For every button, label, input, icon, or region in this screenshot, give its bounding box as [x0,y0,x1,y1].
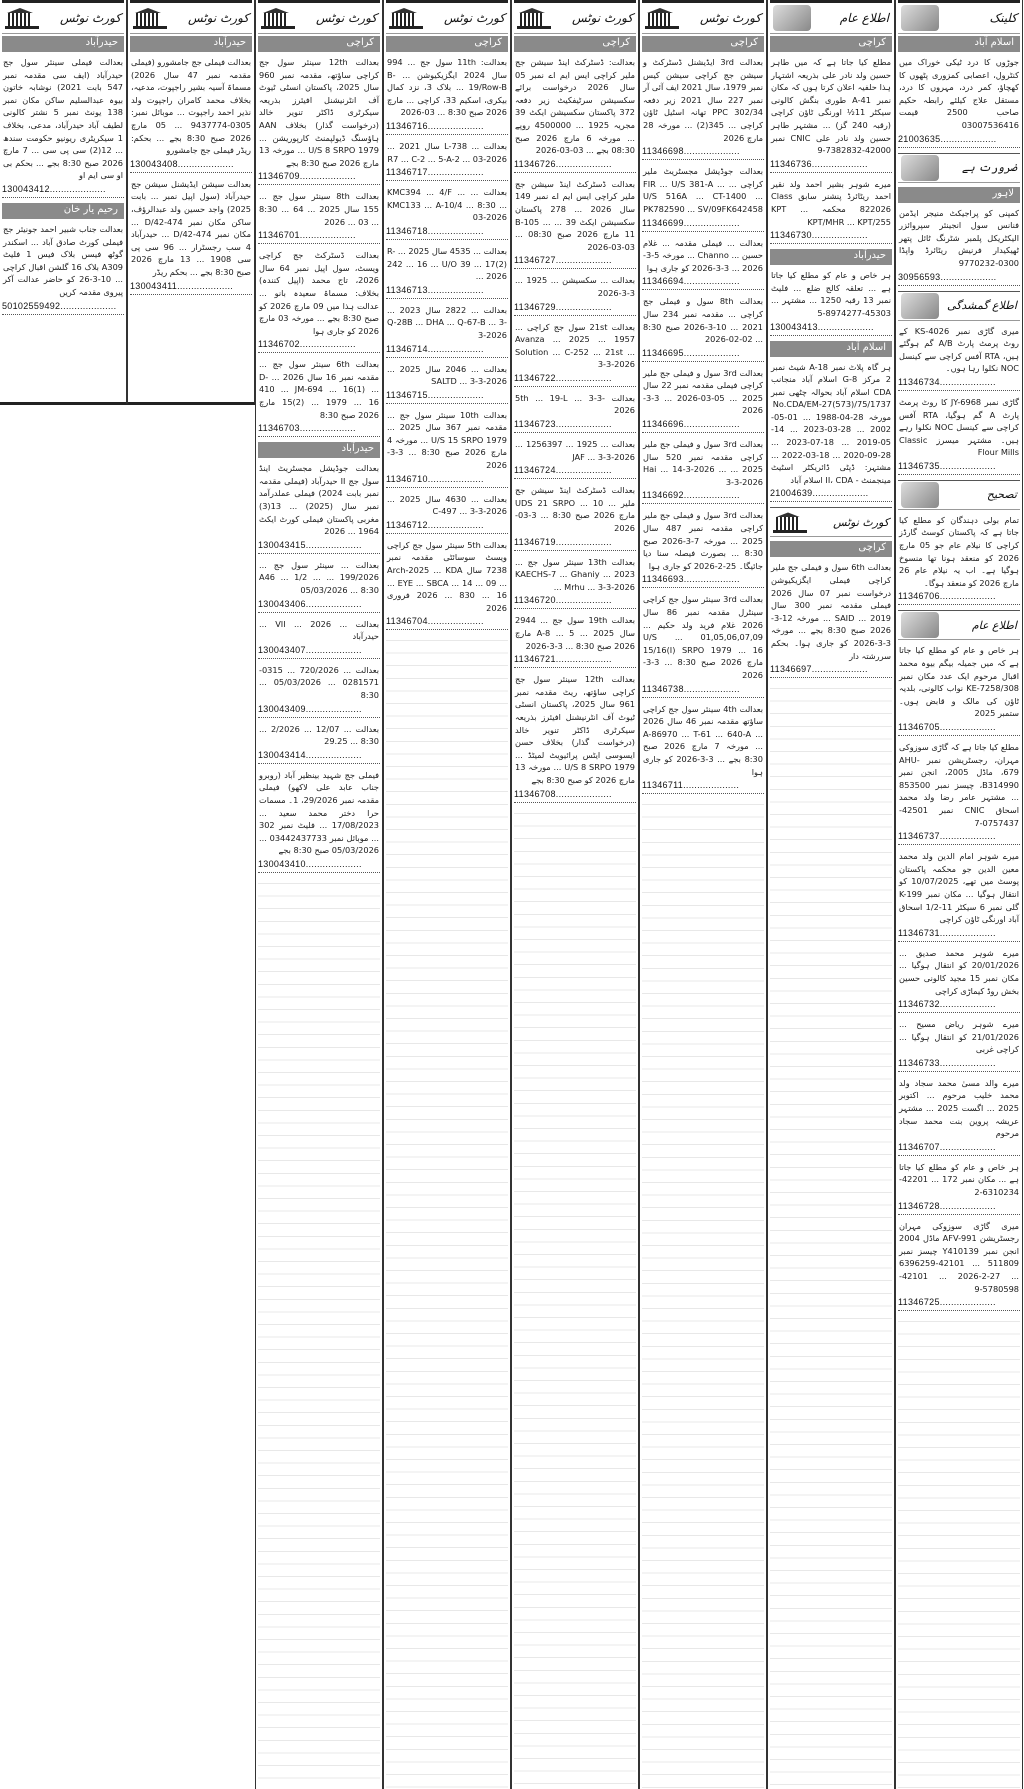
notice-text: بعدالت 5th سینئر سول جج کراچی ویسٹ سوسائ… [386,537,508,615]
city-header-bar: کراچی [770,541,892,557]
ad-reference-number: 11346713.................... [386,283,508,299]
ad-reference-number: 11346722.................... [514,371,636,387]
notice-text: بعدالت ... 12/07 ... 2/2026 ... 8:30 ...… [258,721,380,748]
classified-column: کورٹ نوٹسحیدرآبادبعدالت فیملی سینئر سول … [0,0,127,405]
courthouse-icon [261,6,295,30]
ad-reference-number: 11346738.................... [642,682,764,698]
notice-text: بعدالت ... 2046 سال 2025 ... SALTD ... 3… [386,361,508,388]
notice-text: بعدالت جوڈیشل مجسٹریٹ اینڈ سول جج II حید… [258,460,380,538]
classified-column: کورٹ نوٹسکراچیبعدالت: ڈسٹرکٹ اینڈ سیشن ج… [511,0,639,1789]
section-subheading: تصحیح [898,480,1020,510]
notice-text: ہر گاہ پلاٹ نمبر A-18 شیٹ نمبر 2 مرکز G-… [770,359,892,487]
notice-text: بعدالت ... L-738 سال 2021 ... R7 ... C-2… [386,138,508,165]
notice-text: میرے شوہر بشیر احمد ولد نقیر احمد ریٹائر… [770,176,892,228]
ad-reference-number: 11346709.................... [258,169,380,185]
column-heading: کلینک [989,11,1017,25]
ad-reference-number: 130043415.................... [258,538,380,554]
ad-reference-number: 11346723.................... [514,417,636,433]
ad-reference-number: 11346731.................... [898,926,1020,942]
city-header-bar: لاہور [898,187,1020,203]
text-continuation [514,806,636,1789]
notice-text: میرے شوہر امام الدین ولد محمد معین الدین… [898,848,1020,926]
notice-text: بعدالت 3rd سول و فیملی جج ملیر کراچی فیم… [642,365,764,417]
notice-text: جوڑوں کا درد ٹیکی خوراک میں کنٹرول، اعصا… [898,54,1020,132]
ad-reference-number: 21004639.................... [770,486,892,502]
column-masthead: اطلاع عام [770,0,892,34]
column-wrapper: کورٹ نوٹسکراچیبعدالت: ڈسٹرکٹ اینڈ سیشن ج… [511,0,639,1789]
column-wrapper: کورٹ نوٹسکراچیبعدالت 3rd ایڈیشنل ڈسٹرکٹ … [639,0,767,1789]
megaphone-icon [901,293,939,319]
city-header-bar: حیدرآباد [130,36,252,52]
column-wrapper: کورٹ نوٹسحیدرآبادبعدالت فیملی سینئر سول … [0,0,127,1789]
classified-column: کورٹ نوٹسکراچیبعدالت 3rd ایڈیشنل ڈسٹرکٹ … [639,0,767,1789]
text-continuation [642,797,764,1789]
notice-text: مطلع کیا جاتا ہے کہ گاڑی سوزوکی مہران، ر… [898,739,1020,829]
column-heading: کورٹ نوٹس [60,11,121,25]
column-masthead: کورٹ نوٹس [130,0,252,34]
notice-text: میری گاڑی سوزوکی مہران رجسٹریشن AFV-991 … [898,1218,1020,1296]
classifieds-page: کلینکاسلام آبادجوڑوں کا درد ٹیکی خوراک م… [0,0,1024,1789]
ad-reference-number: 130043414.................... [258,748,380,764]
classified-column: کورٹ نوٹسکراچیبعدالت 12th سینئر سول جج ک… [255,0,383,1789]
city-header-bar: کراچی [386,36,508,52]
subheading-title: ضرورت ہے [962,161,1017,174]
notice-text: بعدالت ... KMC394 ... 4/F ... KMC133 ...… [386,184,508,224]
ad-reference-number: 11346705.................... [898,720,1020,736]
text-continuation [898,1314,1020,1789]
pen-icon [901,482,939,508]
notice-text: مطلع کیا جاتا ہے کہ میں طاہر حسین ولد نا… [770,54,892,157]
column-masthead: کورٹ نوٹس [2,0,124,34]
notice-text: بعدالت ... فیملی مقدمہ ... غلام حسین ...… [642,235,764,275]
column-wrapper: کورٹ نوٹسحیدرآبادبعدالت فیملی جج جامشورو… [127,0,255,1789]
notice-text: بعدالت ... سینئر سول جج ... 199/2026 ...… [258,557,380,597]
notice-text: بعدالت 12th سینئر سول جج کراچی ساؤتھ، ری… [514,671,636,786]
column-wrapper: کورٹ نوٹسکراچیبعدالت 12th سینئر سول جج ک… [255,0,383,1789]
subheading-title: کورٹ نوٹس [833,516,889,529]
ad-reference-number: 11346706.................... [898,589,1020,605]
ad-reference-number: 130043409.................... [258,702,380,718]
city-header-bar: کراچی [770,36,892,52]
courthouse-icon [773,510,807,534]
ad-reference-number: 11346727.................... [514,253,636,269]
notice-text: گاڑی نمبر JY-6968 کا روٹ پرمٹ پارٹ A گم … [898,394,1020,459]
column-masthead: کورٹ نوٹس [386,0,508,34]
ad-reference-number: 11346733.................... [898,1056,1020,1072]
notice-text: بعدالت 3rd ایڈیشنل ڈسٹرکٹ و سیشن جج کراچ… [642,54,764,144]
classified-column: کورٹ نوٹسکراچیبعدالت: 11th سول جج ... 99… [383,0,511,1789]
column-masthead: کلینک [898,0,1020,34]
ad-reference-number: 11346724.................... [514,463,636,479]
city-header-bar: حیدرآباد [770,249,892,265]
notice-text: بعدالت جوڈیشل مجسٹریٹ ملیر کراچی ... FIR… [642,163,764,215]
ad-reference-number: 11346725.................... [898,1295,1020,1311]
notice-text: فیملی جج شہید بینظیر آباد (روبرو جناب عا… [258,767,380,857]
ad-reference-number: 11346717.................... [386,165,508,181]
notice-text: میری گاڑی نمبر KS-4026 کے روٹ پرمٹ پارٹ … [898,323,1020,375]
notice-text: بعدالت 10th سینئر سول جج ... مقدمہ نمبر … [386,407,508,472]
notice-text: بعدالت 8th سول و فیملی جج کراچی ... مقدم… [642,293,764,345]
ad-reference-number: 11346720.................... [514,593,636,609]
notice-text: بعدالت 6th سینئر سول جج ... مقدمہ نمبر 1… [258,356,380,421]
notice-text: بعدالت 13th سینئر سول جج ... 2023 ... KA… [514,554,636,594]
ad-reference-number: 11346721.................... [514,652,636,668]
ad-reference-number: 11346737.................... [898,829,1020,845]
ad-reference-number: 11346729.................... [514,300,636,316]
column-masthead: کورٹ نوٹس [642,0,764,34]
courthouse-icon [389,6,423,30]
notice-text: بعدالت 8th سینئر سول جج ... 155 سال 2025… [258,188,380,228]
ad-reference-number: 11346728.................... [898,1199,1020,1215]
ad-reference-number: 11346710.................... [386,472,508,488]
city-header-bar: کراچی [514,36,636,52]
ad-reference-number: 11346704.................... [386,614,508,630]
notice-text: بعدالت سیشن ایڈیشنل سیشن جج حیدرآباد (سو… [130,176,252,279]
notice-text: بعدالت 19th سول جج ... 2944 سال 2025 ...… [514,612,636,652]
city-header-bar: رحیم یار خان [2,203,124,219]
ad-reference-number: 11346695.................... [642,346,764,362]
column-wrapper: کلینکاسلام آبادجوڑوں کا درد ٹیکی خوراک م… [895,0,1023,1789]
ad-reference-number: 11346718.................... [386,224,508,240]
column-heading: کورٹ نوٹس [572,11,633,25]
courthouse-icon [5,6,39,30]
ad-reference-number: 11346735.................... [898,459,1020,475]
column-heading: کورٹ نوٹس [188,11,249,25]
text-continuation [258,876,380,1789]
city-header-bar: حیدرآباد [258,442,380,458]
ad-reference-number: 11346697.................... [770,662,892,678]
subheading-title: تصحیح [987,488,1017,501]
city-header-bar: کراچی [258,36,380,52]
ad-reference-number: 11346714.................... [386,342,508,358]
ad-reference-number: 11346694.................... [642,274,764,290]
ad-reference-number: 30956593.................... [898,270,1020,286]
notice-text: ہر خاص و عام کو مطلع کیا جاتا ہے کہ میں … [898,642,1020,720]
notice-text: کمپنی کو پراجیکٹ منیجر ایڈمن فنانس سول ا… [898,205,1020,270]
notice-text: بعدالت 3rd سول و فیملی جج ملیر کراچی مقد… [642,436,764,488]
notice-text: بعدالت ... 2026 ... VII ... حیدرآباد [258,616,380,643]
notice-text: بعدالت 6th سول و فیملی جج ملیر کراچی فیم… [770,559,892,662]
notice-text: بعدالت 3rd سینئر سول جج کراچی سینٹرل مقد… [642,591,764,681]
notice-text: بعدالت ... سکسیشن ... 1925 ... 3-3-2026 [514,272,636,299]
ad-reference-number: 11346698.................... [642,144,764,160]
classified-column: اطلاع عامکراچیمطلع کیا جاتا ہے کہ میں طا… [767,0,895,1789]
notice-text: بعدالت ... 720/2026 ... 0315-0281571 ...… [258,662,380,702]
notice-text: بعدالت 4th سینئر سول جج کراچی ساؤتھ مقدم… [642,701,764,779]
notice-text: بعدالت ڈسٹرکٹ اینڈ سیشن جج ملیر کراچی ای… [514,176,636,254]
classified-column: کورٹ نوٹسحیدرآبادبعدالت فیملی جج جامشورو… [127,0,255,405]
notice-text: بعدالت ... 4630 سال 2025 ... C-497 ... 3… [386,491,508,518]
column-masthead: کورٹ نوٹس [514,0,636,34]
ad-reference-number: 11346734.................... [898,375,1020,391]
ad-reference-number: 11346692.................... [642,488,764,504]
notice-text: بعدالت ڈسٹرکٹ جج کراچی ویسٹ، سول اپیل نم… [258,247,380,337]
ad-reference-number: 130043408.................... [130,157,252,173]
notice-text: بعدالت ڈسٹرکٹ اینڈ سیشن جج ملیر ... UDS … [514,482,636,534]
notice-text: بعدالت جناب شبیر احمد جونیئر جج فیملی کو… [2,221,124,299]
notice-text: میرے شوہر ریاض مسیح ... 21/01/2026 کو ان… [898,1016,1020,1056]
notice-text: بعدالت ... 2822 سال 2023 ... Q-28B ... D… [386,302,508,342]
column-heading: کورٹ نوٹس [316,11,377,25]
classified-column: کلینکاسلام آبادجوڑوں کا درد ٹیکی خوراک م… [895,0,1023,1789]
notice-text: بعدالت: 11th سول جج ... 994 سال 2024 ایگ… [386,54,508,119]
ad-reference-number: 11346715.................... [386,388,508,404]
column-heading: کورٹ نوٹس [444,11,505,25]
notice-text: بعدالت ... 1925 ... 1256397 ... JAF ... … [514,436,636,463]
notice-text: ہر خاص و عام کو مطلع کیا جاتا ہے ... مکا… [898,1159,1020,1199]
ad-reference-number: 11346732.................... [898,997,1020,1013]
text-continuation [770,681,892,1789]
city-header-bar: کراچی [642,36,764,52]
section-subheading: اطلاع گمشدگی [898,291,1020,321]
column-wrapper: اطلاع عامکراچیمطلع کیا جاتا ہے کہ میں طا… [767,0,895,1789]
ad-reference-number: 130043411.................... [130,279,252,295]
subheading-title: اطلاع گمشدگی [947,299,1017,312]
notice-text: میرے شوہر محمد صدیق ... 20/01/2026 کو ان… [898,945,1020,997]
city-header-bar: اسلام آباد [898,36,1020,52]
megaphone-person-icon [901,612,939,638]
notice-text: بعدالت: ڈسٹرکٹ اینڈ سیشن جج ملیر کراچی ا… [514,54,636,157]
medical-cross-stethoscope-icon [901,5,939,31]
column-heading: کورٹ نوٹس [700,11,761,25]
tree-icon [901,155,939,181]
notice-text: میرے والد مسیٰ محمد سجاد ولد محمد خلیب م… [898,1075,1020,1140]
courthouse-icon [645,6,679,30]
subheading-title: اطلاع عام [972,619,1017,632]
courthouse-icon [133,6,167,30]
ad-reference-number: 11346726.................... [514,157,636,173]
courthouse-icon [517,6,551,30]
ad-reference-number: 130043412.................... [2,182,124,198]
ad-reference-number: 11346696.................... [642,417,764,433]
notice-text: ہر خاص و عام کو مطلع کیا جاتا ہے ... تعل… [770,267,892,319]
ad-reference-number: 11346730.................... [770,228,892,244]
ad-reference-number: 11346701.................... [258,228,380,244]
notice-text: بعدالت 21st سول جج کراچی ... 1957 ... 20… [514,319,636,371]
ad-reference-number: 11346736.................... [770,157,892,173]
notice-text: بعدالت فیملی جج جامشورو (فیملی مقدمہ نمب… [130,54,252,157]
megaphone-person-icon [773,5,811,31]
section-subheading: ضرورت ہے [898,153,1020,183]
ad-reference-number: 50102559492.................... [2,299,124,315]
notice-text: تمام بولی دہندگان کو مطلع کیا جاتا ہے کہ… [898,512,1020,590]
column-wrapper: کورٹ نوٹسکراچیبعدالت: 11th سول جج ... 99… [383,0,511,1789]
column-masthead: کورٹ نوٹس [258,0,380,34]
notice-text: بعدالت فیملی سینئر سول جج حیدرآباد (ایف … [2,54,124,182]
ad-reference-number: 11346712.................... [386,518,508,534]
ad-reference-number: 11346703.................... [258,421,380,437]
ad-reference-number: 11346716.................... [386,119,508,135]
city-header-bar: اسلام آباد [770,341,892,357]
city-header-bar: حیدرآباد [2,36,124,52]
section-subheading: کورٹ نوٹس [770,507,892,537]
notice-text: بعدالت ... 4535 سال 2025 ... R-242 ... 1… [386,243,508,283]
notice-text: بعدالت 12th سینئر سول جج کراچی ساؤتھ، مق… [258,54,380,169]
notice-text: بعدالت 3rd سول و فیملی جج ملیر کراچی مقد… [642,507,764,572]
ad-reference-number: 130043406.................... [258,597,380,613]
ad-reference-number: 130043407.................... [258,643,380,659]
column-heading: اطلاع عام [840,11,889,25]
ad-reference-number: 21003635.................... [898,132,1020,148]
notice-text: بعدالت 5th ... 19-L ... 3-3-2026 [514,390,636,417]
ad-reference-number: 11346711.................... [642,778,764,794]
ad-reference-number: 130043413.................... [770,320,892,336]
ad-reference-number: 11346699.................... [642,216,764,232]
ad-reference-number: 11346702.................... [258,337,380,353]
ad-reference-number: 11346707.................... [898,1140,1020,1156]
text-continuation [386,633,508,1789]
ad-reference-number: 11346693.................... [642,572,764,588]
ad-reference-number: 11346719.................... [514,535,636,551]
section-subheading: اطلاع عام [898,610,1020,640]
ad-reference-number: 130043410.................... [258,857,380,873]
ad-reference-number: 11346708.................... [514,787,636,803]
